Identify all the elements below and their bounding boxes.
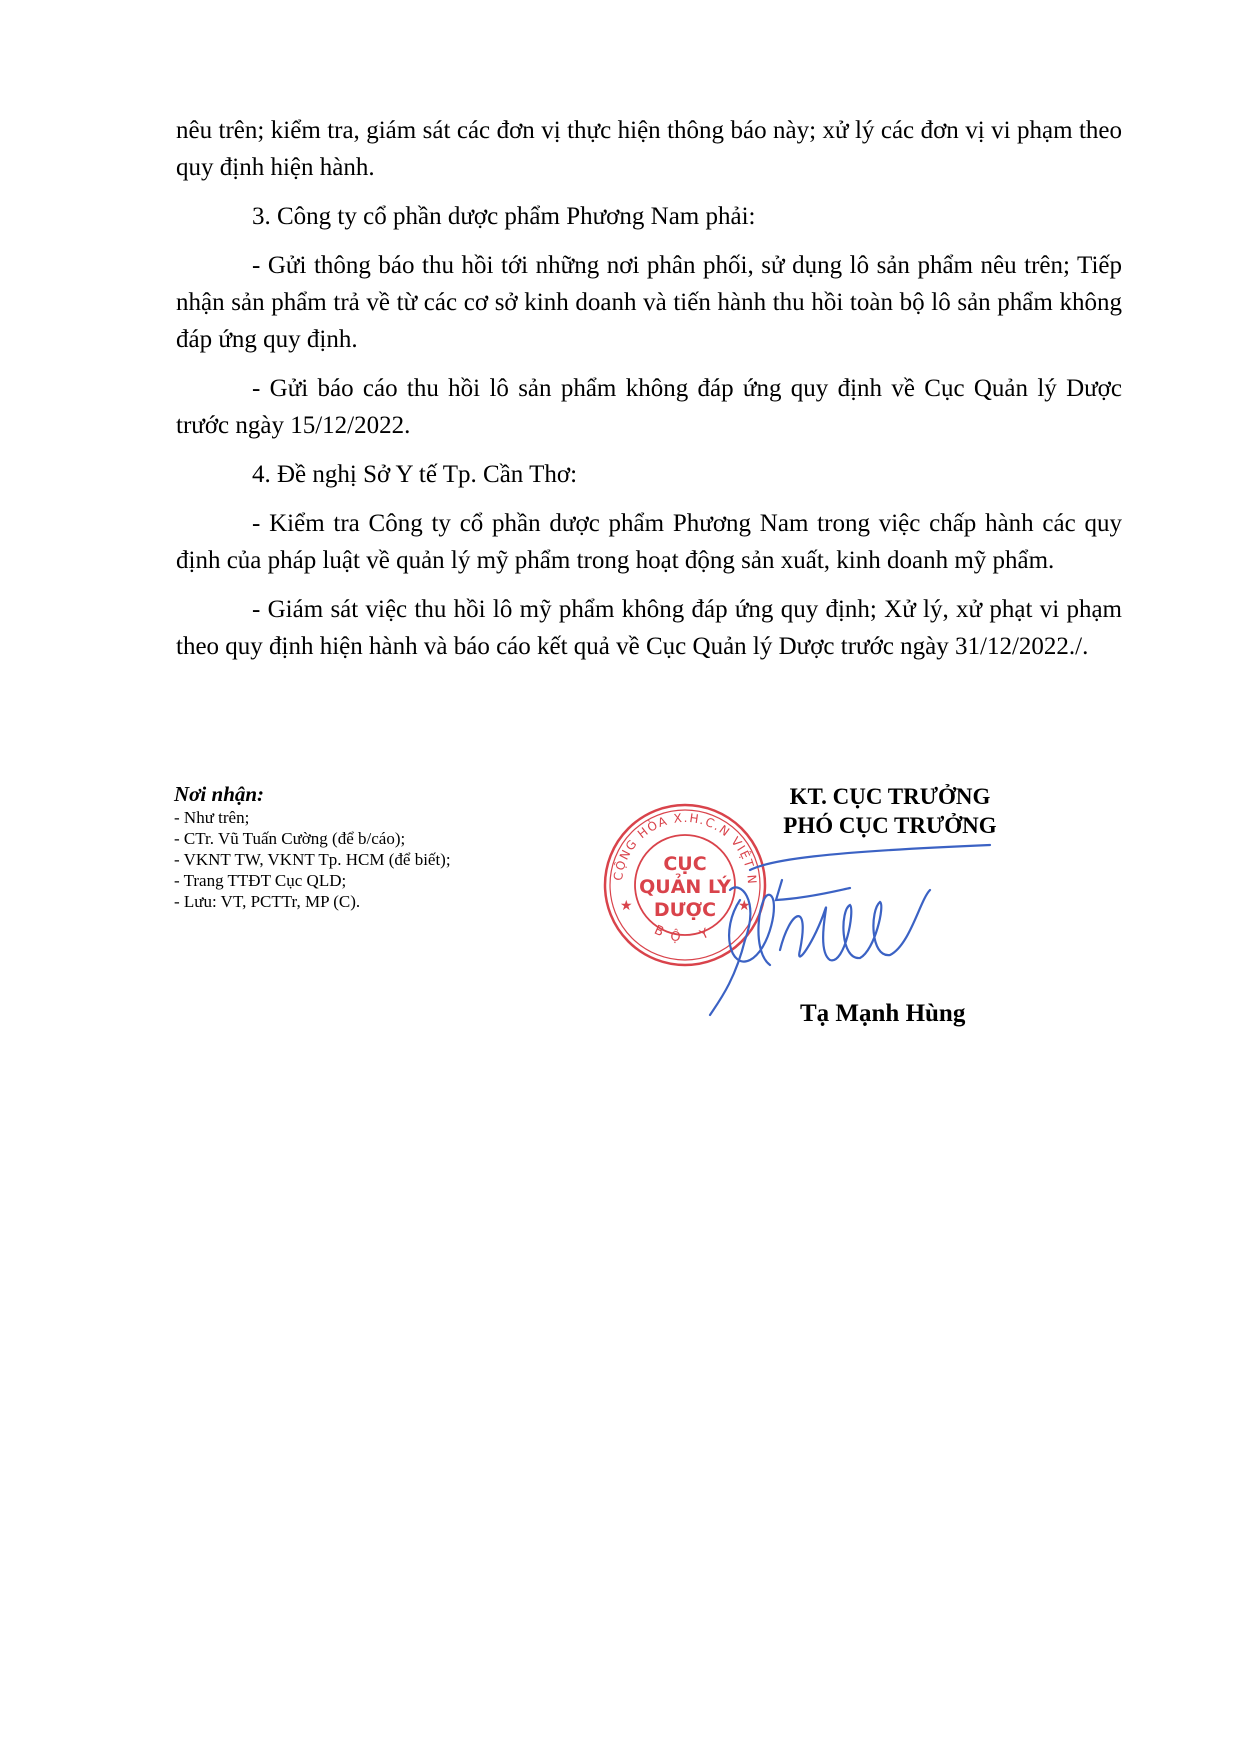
document-body: nêu trên; kiểm tra, giám sát các đơn vị …: [176, 112, 1122, 665]
signature-title-line1: KT. CỤC TRƯỞNG: [720, 782, 1060, 811]
paragraph-3-2: - Gửi báo cáo thu hồi lô sản phẩm không …: [176, 370, 1122, 444]
recipients-block: Nơi nhận: - Như trên; - CTr. Vũ Tuấn Cườ…: [174, 782, 451, 912]
signature-title-line2: PHÓ CỤC TRƯỞNG: [720, 811, 1060, 840]
recipient-item: - Lưu: VT, PCTTr, MP (C).: [174, 891, 451, 912]
paragraph-section-4: 4. Đề nghị Sở Y tế Tp. Cần Thơ:: [176, 456, 1122, 493]
paragraph-4-2: - Giám sát việc thu hồi lô mỹ phẩm không…: [176, 591, 1122, 665]
signature-title-block: KT. CỤC TRƯỞNG PHÓ CỤC TRƯỞNG: [720, 782, 1060, 840]
paragraph-4-1: - Kiểm tra Công ty cổ phần dược phẩm Phư…: [176, 505, 1122, 579]
paragraph-section-3: 3. Công ty cổ phần dược phẩm Phương Nam …: [176, 198, 1122, 235]
recipient-item: - Trang TTĐT Cục QLD;: [174, 870, 451, 891]
paragraph-3-1: - Gửi thông báo thu hồi tới những nơi ph…: [176, 247, 1122, 358]
paragraph-1: nêu trên; kiểm tra, giám sát các đơn vị …: [176, 112, 1122, 186]
signer-name: Tạ Mạnh Hùng: [800, 1000, 965, 1028]
handwritten-signature-icon: [700, 840, 1000, 1020]
recipient-item: - VKNT TW, VKNT Tp. HCM (để biết);: [174, 849, 451, 870]
recipients-title: Nơi nhận:: [174, 782, 451, 807]
svg-text:★: ★: [620, 899, 633, 914]
recipient-item: - Như trên;: [174, 807, 451, 828]
document-page: nêu trên; kiểm tra, giám sát các đơn vị …: [0, 0, 1241, 1754]
recipient-item: - CTr. Vũ Tuấn Cường (để b/cáo);: [174, 828, 451, 849]
